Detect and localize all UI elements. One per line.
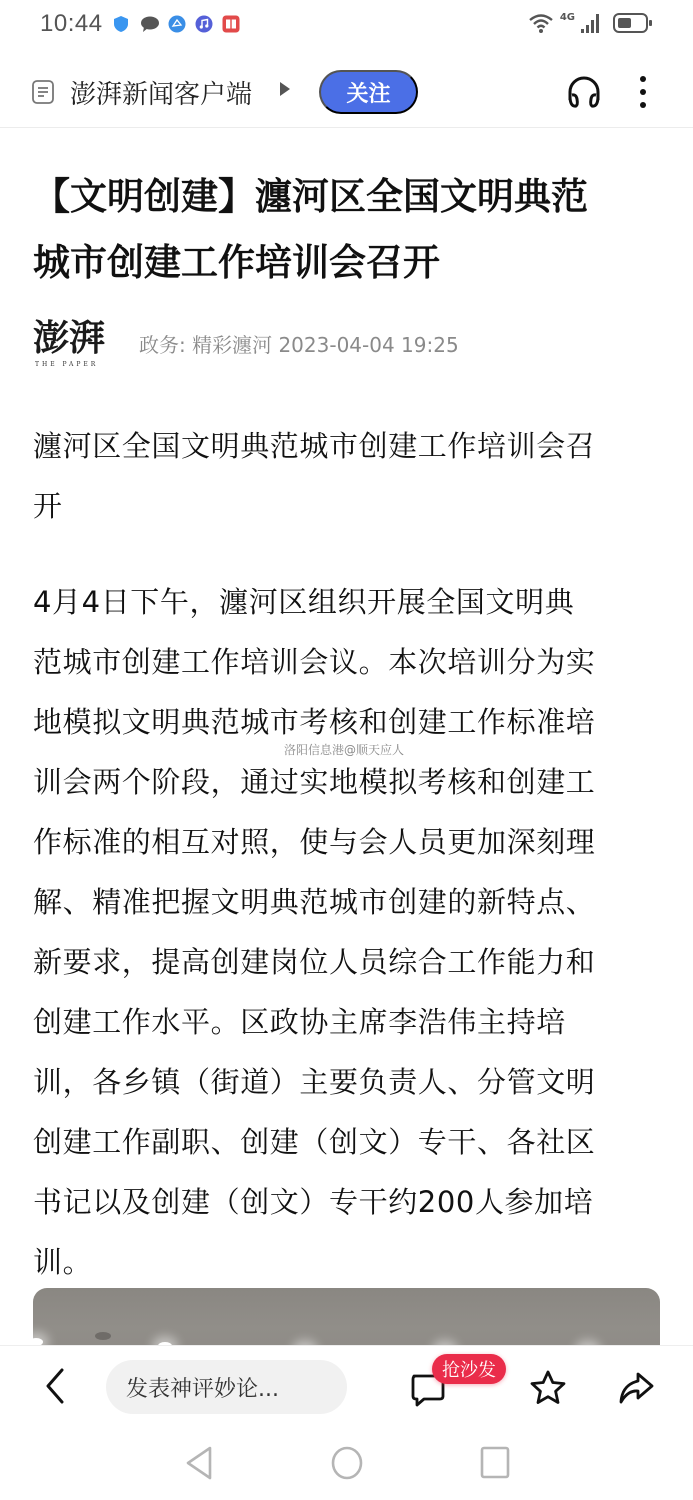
article-paragraph: 瀍河区全国文明典范城市创建工作培训会召 开 <box>33 416 663 536</box>
source-name[interactable]: 澎湃新闻客户端 <box>70 74 252 111</box>
the-paper-logo[interactable]: 澎湃 THE PAPER <box>33 312 119 370</box>
network-type: 4G <box>560 12 575 23</box>
nav-recent-icon[interactable] <box>480 1445 510 1481</box>
paragraph-line: 创建工作水平。区政协主席李浩伟主持培 <box>33 992 663 1052</box>
svg-text:THE PAPER: THE PAPER <box>35 361 98 368</box>
system-status-icons: 4G <box>528 12 653 34</box>
battery-icon <box>613 12 653 34</box>
chat-bubble-icon <box>139 15 159 33</box>
music-icon <box>195 15 213 33</box>
meta-text: 政务: 精彩瀍河 2023-04-04 19:25 <box>139 329 459 358</box>
signal-icon <box>581 12 601 34</box>
watermark: 洛阳信息港@顺天应人 <box>284 741 404 758</box>
comment-input[interactable]: 发表神评妙论... <box>106 1360 347 1414</box>
nav-back-icon[interactable] <box>184 1445 216 1481</box>
follow-button[interactable]: 关注 <box>319 70 418 114</box>
more-vertical-icon[interactable] <box>636 74 650 110</box>
browser-icon <box>168 15 186 33</box>
back-chevron-icon[interactable] <box>40 1366 70 1406</box>
paragraph-line: 解、精准把握文明典范城市创建的新特点、 <box>33 872 663 932</box>
paragraph-line: 训。 <box>33 1232 663 1292</box>
sofa-badge[interactable]: 抢沙发 <box>432 1354 506 1384</box>
paragraph-line: 作标准的相互对照，使与会人员更加深刻理 <box>33 812 663 872</box>
status-time: 10:44 <box>40 10 103 38</box>
book-icon <box>222 15 240 33</box>
nav-home-icon[interactable] <box>330 1445 364 1481</box>
source-arrow-icon[interactable] <box>280 82 290 96</box>
paragraph-line: 书记以及创建（创文）专干约200人参加培 <box>33 1172 663 1232</box>
paragraph-line: 瀍河区全国文明典范城市创建工作培训会召 <box>33 416 663 476</box>
star-icon[interactable] <box>528 1368 568 1408</box>
article-title: 【文明创建】瀍河区全国文明典范 城市创建工作培训会召开 <box>33 164 663 296</box>
ceiling-vent <box>95 1332 111 1340</box>
title-line: 【文明创建】瀍河区全国文明典范 <box>33 164 663 230</box>
share-icon[interactable] <box>616 1368 656 1408</box>
shield-icon <box>112 15 130 33</box>
title-line: 城市创建工作培训会召开 <box>33 230 663 296</box>
wifi-icon <box>528 12 554 34</box>
status-bar: 10:44 4G <box>0 0 693 52</box>
paragraph-line: 训，各乡镇（街道）主要负责人、分管文明 <box>33 1052 663 1112</box>
document-icon[interactable] <box>32 80 54 104</box>
notification-icons <box>112 15 240 33</box>
article-paragraph: 4月4日下午，瀍河区组织开展全国文明典 范城市创建工作培训会议。本次培训分为实 … <box>33 572 663 1292</box>
headphones-icon[interactable] <box>566 74 602 110</box>
bottom-action-bar: 发表神评妙论... 抢沙发 <box>0 1345 693 1425</box>
paragraph-line: 新要求，提高创建岗位人员综合工作能力和 <box>33 932 663 992</box>
paragraph-line: 范城市创建工作培训会议。本次培训分为实 <box>33 632 663 692</box>
article-meta: 澎湃 THE PAPER 政务: 精彩瀍河 2023-04-04 19:25 <box>33 312 663 372</box>
app-header: 澎湃新闻客户端 关注 <box>0 60 693 128</box>
system-nav-bar <box>0 1425 693 1500</box>
paragraph-line: 训会两个阶段，通过实地模拟考核和创建工 <box>33 752 663 812</box>
paragraph-line: 创建工作副职、创建（创文）专干、各社区 <box>33 1112 663 1172</box>
paragraph-line: 4月4日下午，瀍河区组织开展全国文明典 <box>33 572 663 632</box>
paragraph-line: 开 <box>33 476 663 536</box>
svg-text:澎湃: 澎湃 <box>33 317 105 359</box>
